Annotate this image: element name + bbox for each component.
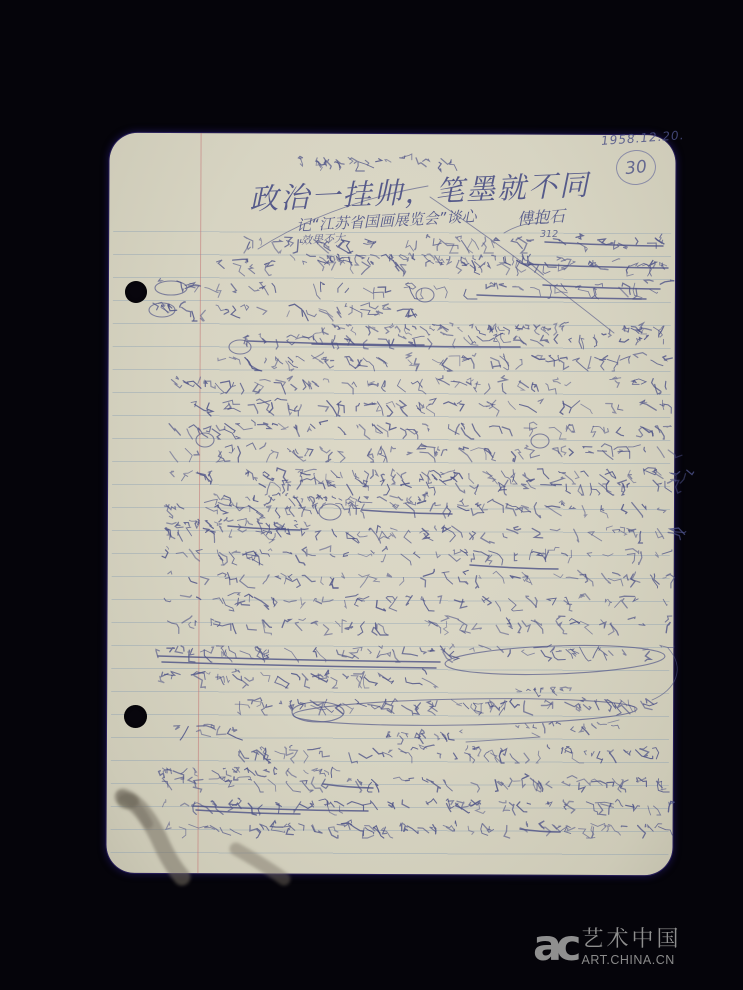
handwriting-stroke xyxy=(680,474,685,483)
author-signature: 傅抱石 xyxy=(516,203,566,229)
manuscript-paper xyxy=(106,133,675,875)
handwriting-stroke xyxy=(687,470,694,475)
watermark-site-url: ART.CHINA.CN xyxy=(582,952,682,968)
watermark: ac 艺术中国 ART.CHINA.CN xyxy=(533,923,682,969)
ruled-lines xyxy=(110,231,671,868)
margin-note: 312 xyxy=(540,229,558,240)
punch-hole-top xyxy=(125,281,147,303)
subtitle-note: 效果不大 xyxy=(301,230,346,248)
manuscript-date: 1958.12.20. xyxy=(601,128,685,148)
punch-hole-bottom xyxy=(124,705,147,728)
page-number: 30 xyxy=(624,156,648,178)
handwriting-stroke xyxy=(675,532,686,533)
watermark-site-name: 艺术中国 xyxy=(582,926,682,952)
watermark-logo-icon: ac xyxy=(533,923,576,969)
